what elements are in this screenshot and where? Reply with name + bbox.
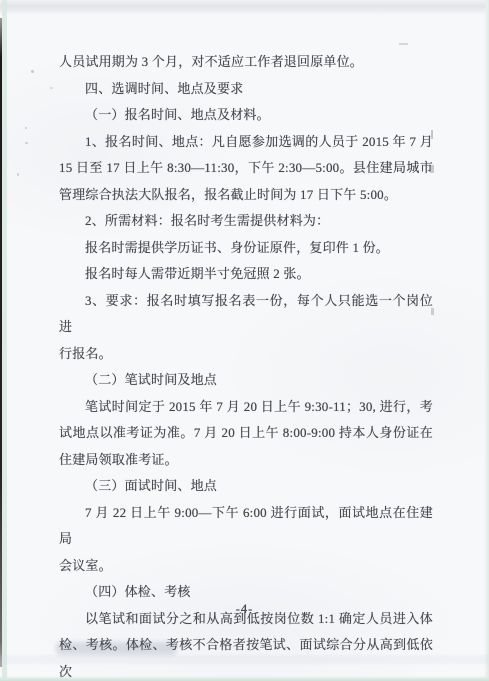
text-line: （三）面试时间、地点 bbox=[59, 473, 433, 500]
text-line: 1、报名时间、地点：凡自愿参加选调的人员于 2015 年 7 月 bbox=[59, 129, 433, 156]
text-line: 3、要求：报名时填写报名表一份，每个人只能选一个岗位进 bbox=[59, 288, 433, 341]
text-line: （一）报名时间、地点及材料。 bbox=[59, 102, 433, 129]
text-line: 试地点以准考证为准。7 月 20 日上午 8:00-9:00 持本人身份证在 bbox=[59, 420, 433, 447]
text-line: 检、考核。体检、考核不合格者按笔试、面试综合分从高到低依次 bbox=[59, 632, 433, 681]
scan-speck bbox=[25, 127, 27, 129]
scan-artifact-left-black-edge bbox=[0, 18, 2, 667]
scan-speck bbox=[17, 173, 19, 176]
document-body: 人员试用期为 3 个月，对不适应工作者退回原单位。四、选调时间、地点及要求（一）… bbox=[59, 49, 433, 681]
scanned-document-page: 人员试用期为 3 个月，对不适应工作者退回原单位。四、选调时间、地点及要求（一）… bbox=[0, 0, 489, 681]
text-line: 会议室。 bbox=[59, 553, 433, 580]
text-line: 报名时每人需带近期半寸免冠照 2 张。 bbox=[59, 261, 433, 288]
text-line: 行报名。 bbox=[59, 341, 433, 368]
text-line: （二）笔试时间及地点 bbox=[59, 367, 433, 394]
scan-speck bbox=[31, 70, 34, 73]
text-line: 报名时需提供学历证书、身份证原件，复印件 1 份。 bbox=[59, 235, 433, 262]
text-line: 7 月 22 日上午 9:00—下午 6:00 进行面试，面试地点在住建局 bbox=[59, 500, 433, 553]
text-line: 笔试时间定于 2015 年 7 月 20 日上午 9:30-11；30, 进行，… bbox=[59, 394, 433, 421]
scan-artifact-top-band bbox=[0, 0, 489, 15]
page-number: -4- bbox=[0, 602, 489, 617]
scan-artifact-right-strip bbox=[484, 0, 489, 681]
text-line: 四、选调时间、地点及要求 bbox=[59, 76, 433, 103]
scan-speck bbox=[50, 87, 53, 89]
text-line: 2、所需材料：报名时考生需提供材料为： bbox=[59, 208, 433, 235]
text-line: 15 日至 17 日上午 8:30—11:30，下午 2:30—5:00。县住建… bbox=[59, 155, 433, 182]
text-line: 住建局领取准考证。 bbox=[59, 447, 433, 474]
scan-artifact-left-mint-strip bbox=[2, 0, 7, 681]
text-line: 管理综合执法大队报名，报名截止时间为 17 日下午 5:00。 bbox=[59, 182, 433, 209]
scan-speck bbox=[25, 142, 28, 144]
scan-fragment bbox=[399, 43, 408, 45]
text-line: 人员试用期为 3 个月，对不适应工作者退回原单位。 bbox=[59, 49, 433, 76]
